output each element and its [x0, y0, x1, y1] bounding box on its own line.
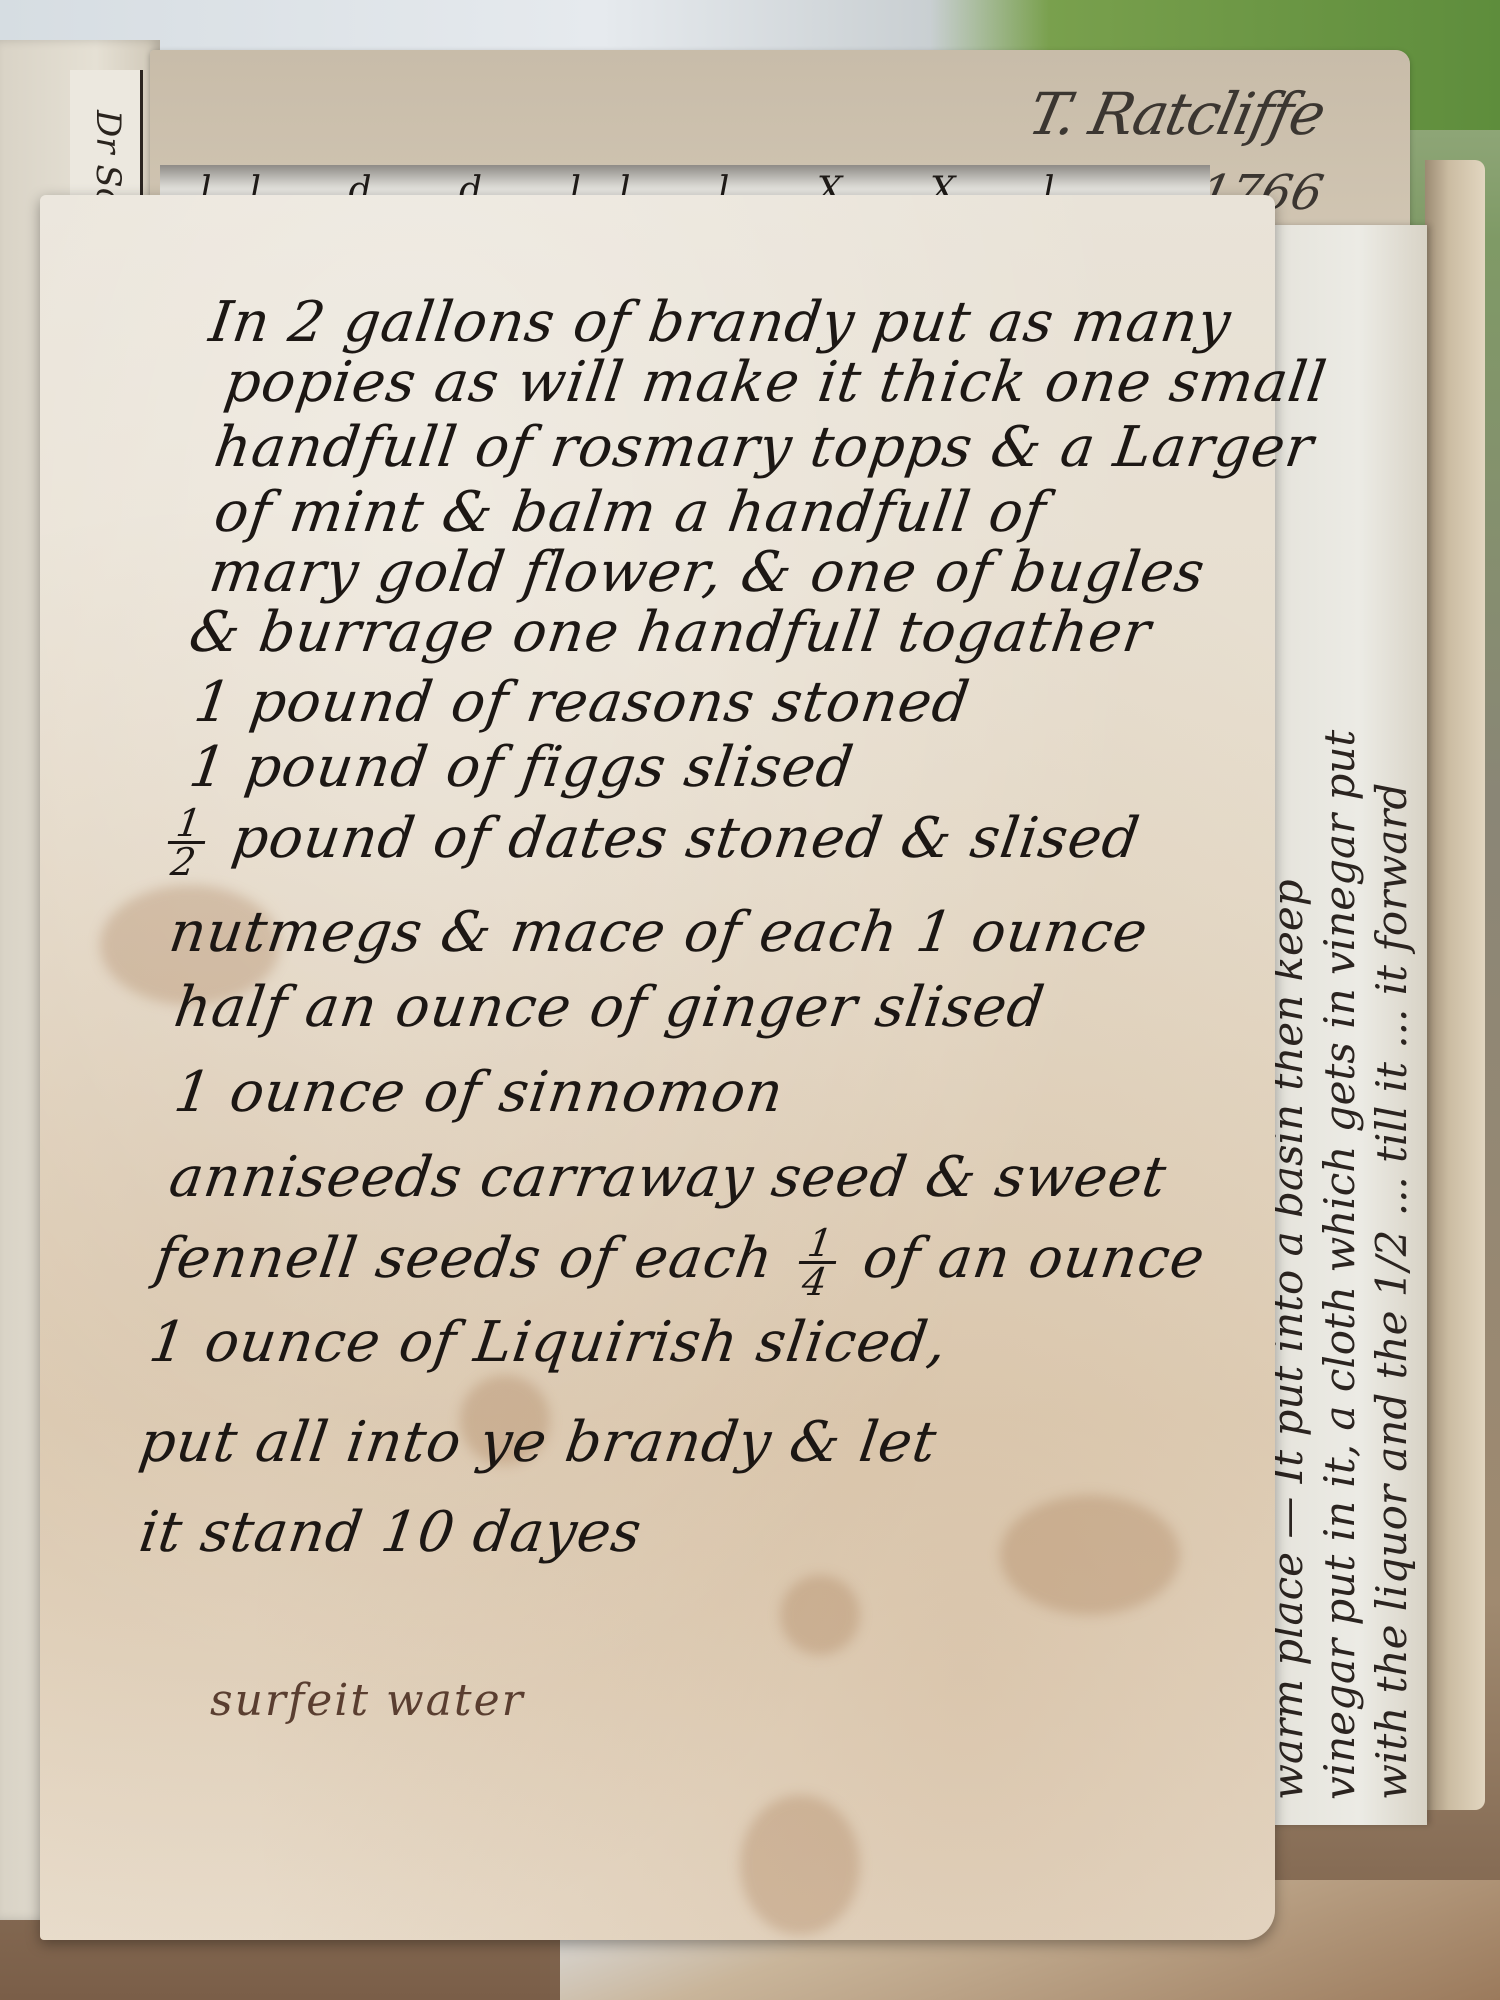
recipe-line-2: popies as will make it thick one small	[220, 350, 1330, 415]
recipe-line-3: handfull of rosmary topps & a Larger	[210, 415, 1317, 480]
fraction-half: 1 2	[163, 805, 211, 880]
recipe-line-1: In 2 gallons of brandy put as many	[205, 290, 1235, 355]
side-strip-line: vinegar put in it, a cloth which gets in…	[1314, 210, 1366, 1810]
side-strip-line: with the liquor and the 1/2 ... till it …	[1366, 210, 1418, 1810]
recipe-line-8: 1 pound of figgs slised	[185, 735, 857, 800]
recipe-line-14: fennell seeds of each 1 4 of an ounce	[150, 1225, 1210, 1300]
recipe-line-9: 1 2 pound of dates stoned & slised	[155, 805, 1144, 880]
recipe-line-5: mary gold flower, & one of bugles	[205, 540, 1209, 605]
recipe-line-4: of mint & balm a handfull of	[210, 480, 1050, 545]
recipe-line-11: half an ounce of ginger slised	[170, 975, 1048, 1040]
recipe-line-15: 1 ounce of Liquirish sliced,	[145, 1310, 951, 1375]
recipe-line-10: nutmegs & mace of each 1 ounce	[165, 900, 1152, 965]
recipe-line-17: it stand 10 dayes	[135, 1500, 646, 1565]
fraction-quarter: 1 4	[794, 1225, 842, 1300]
recipe-line-7: 1 pound of reasons stoned	[190, 670, 974, 735]
recipe-line-16: put all into ye brandy & let	[135, 1410, 940, 1475]
recipe-title-note: surfeit water	[210, 1675, 525, 1726]
header-name: T. Ratcliffe	[1023, 80, 1330, 148]
recipe-line-6: & burrage one handfull togather	[185, 600, 1155, 665]
recipe-line-13: anniseeds carraway seed & sweet	[165, 1145, 1170, 1210]
recipe-line-12: 1 ounce of sinnomon	[170, 1060, 787, 1125]
right-page-edge	[1425, 160, 1485, 1810]
stain	[780, 1575, 860, 1655]
stain	[740, 1795, 860, 1935]
stain	[1000, 1495, 1180, 1615]
